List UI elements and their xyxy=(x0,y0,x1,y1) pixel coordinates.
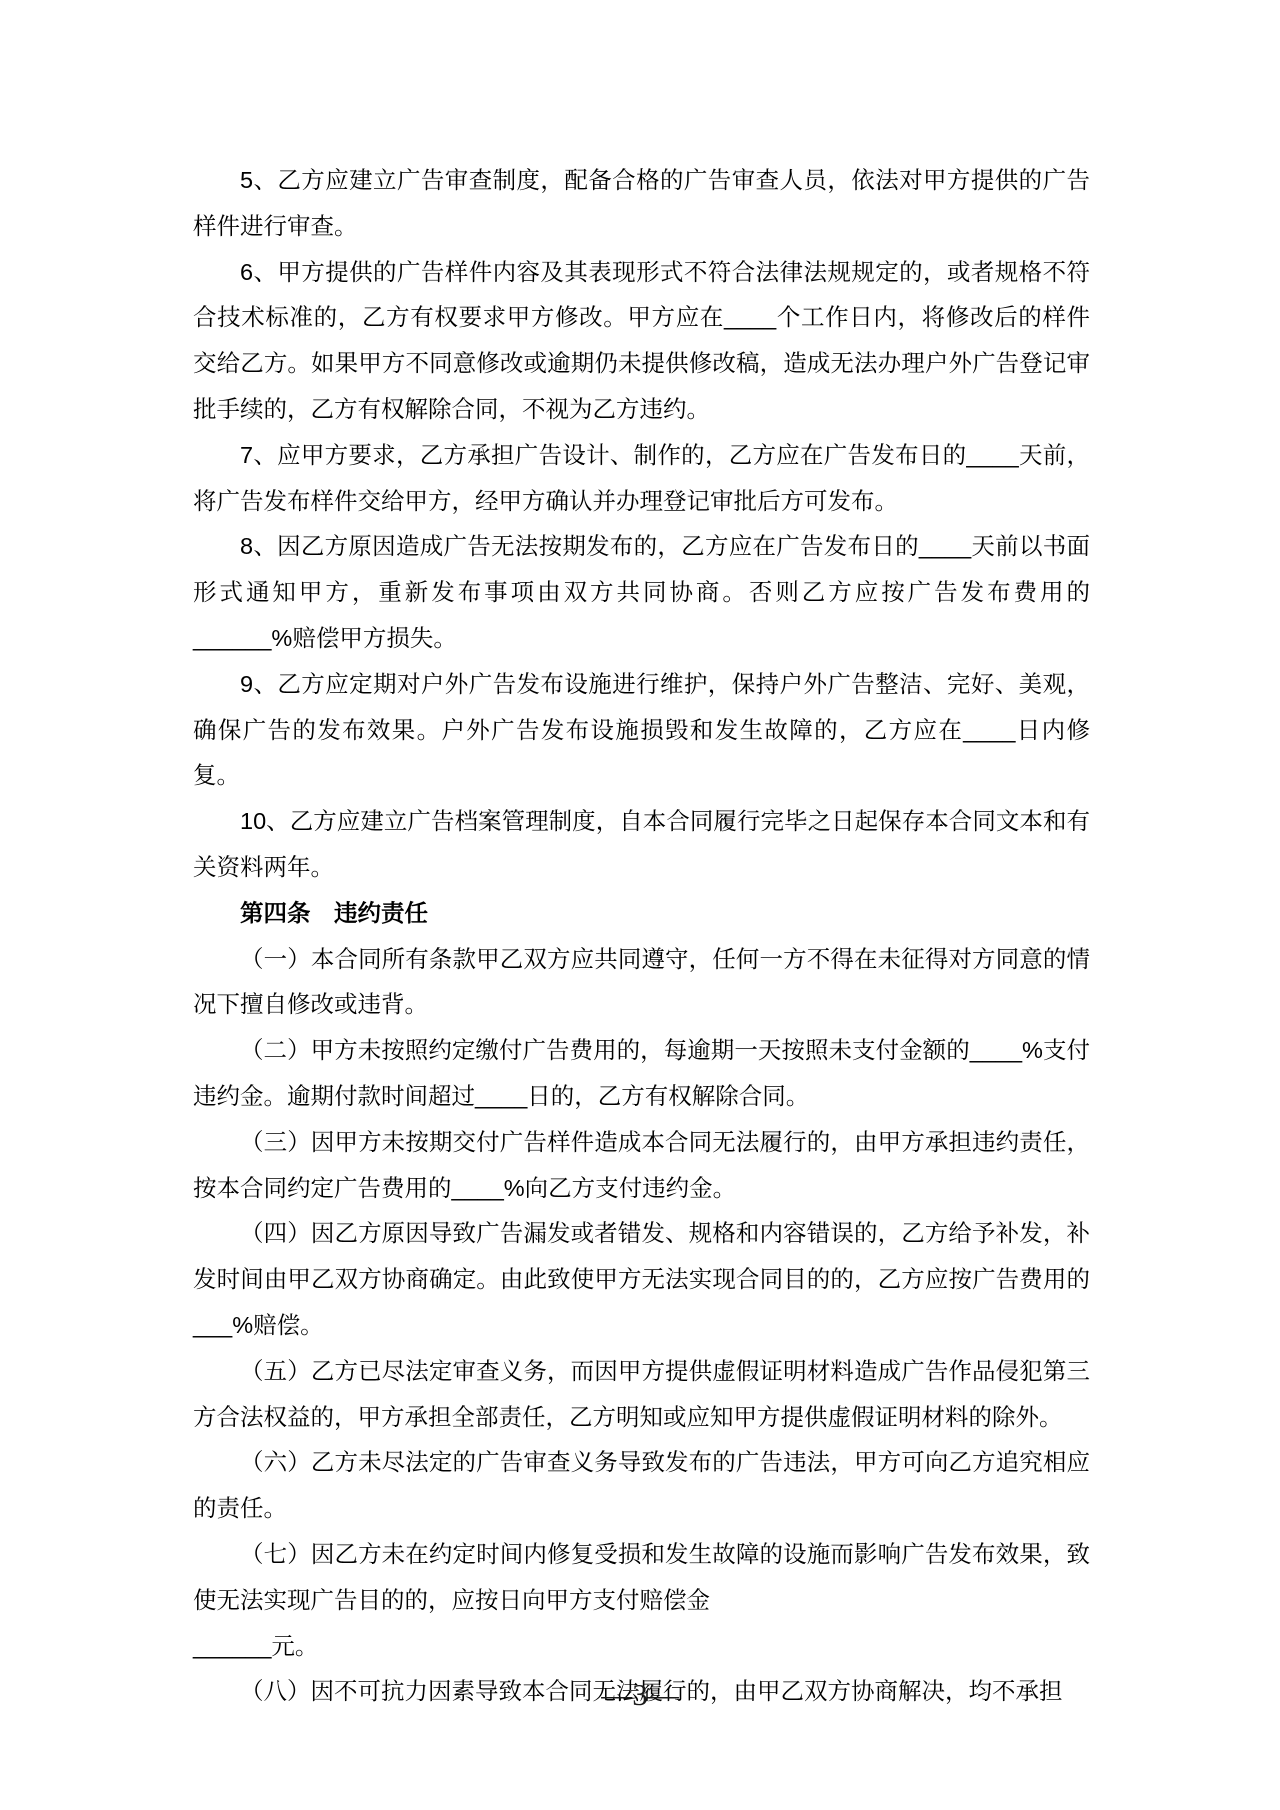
clause-9: 9、乙方应定期对户外广告发布设施进行维护，保持户外广告整洁、完好、美观，确保广告… xyxy=(193,662,1090,799)
clause-5: 5、乙方应建立广告审查制度，配备合格的广告审查人员，依法对甲方提供的广告样件进行… xyxy=(193,158,1090,250)
clause-6: 6、甲方提供的广告样件内容及其表现形式不符合法律法规规定的，或者规格不符合技术标… xyxy=(193,250,1090,433)
section-heading-article-4: 第四条 违约责任 xyxy=(193,891,1090,937)
page-number: —3— xyxy=(0,1676,1280,1714)
document-page: 5、乙方应建立广告审查制度，配备合格的广告审查人员，依法对甲方提供的广告样件进行… xyxy=(0,0,1280,1810)
clause-8: 8、因乙方原因造成广告无法按期发布的，乙方应在广告发布日的____天前以书面形式… xyxy=(193,524,1090,661)
breach-item-1: （一）本合同所有条款甲乙双方应共同遵守，任何一方不得在未征得对方同意的情况下擅自… xyxy=(193,937,1090,1029)
breach-item-6: （六）乙方未尽法定的广告审查义务导致发布的广告违法，甲方可向乙方追究相应的责任。 xyxy=(193,1440,1090,1532)
clause-7: 7、应甲方要求，乙方承担广告设计、制作的，乙方应在广告发布日的____天前，将广… xyxy=(193,433,1090,525)
breach-item-2: （二）甲方未按照约定缴付广告费用的，每逾期一天按照未支付金额的____%支付违约… xyxy=(193,1028,1090,1120)
breach-item-5: （五）乙方已尽法定审查义务，而因甲方提供虚假证明材料造成广告作品侵犯第三方合法权… xyxy=(193,1349,1090,1441)
clause-10: 10、乙方应建立广告档案管理制度，自本合同履行完毕之日起保存本合同文本和有关资料… xyxy=(193,799,1090,891)
breach-item-7: （七）因乙方未在约定时间内修复受损和发生故障的设施而影响广告发布效果，致使无法实… xyxy=(193,1532,1090,1669)
breach-item-4: （四）因乙方原因导致广告漏发或者错发、规格和内容错误的，乙方给予补发，补发时间由… xyxy=(193,1211,1090,1348)
contract-body: 5、乙方应建立广告审查制度，配备合格的广告审查人员，依法对甲方提供的广告样件进行… xyxy=(193,158,1090,1715)
breach-item-3: （三）因甲方未按期交付广告样件造成本合同无法履行的，由甲方承担违约责任，按本合同… xyxy=(193,1120,1090,1212)
